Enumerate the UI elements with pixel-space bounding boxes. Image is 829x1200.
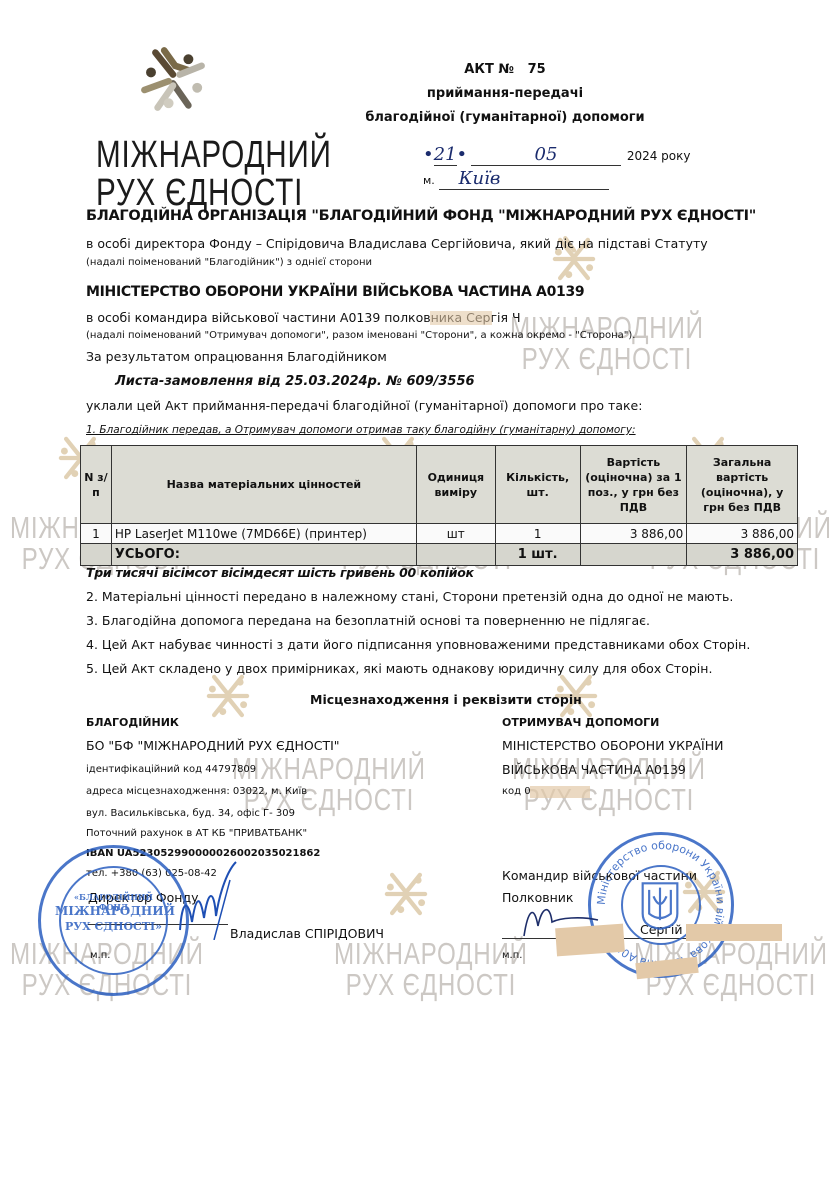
goods-table: N з/п Назва матеріальних цінностей Одини…	[80, 445, 798, 566]
watermark-logo-icon	[202, 670, 254, 722]
clause-3: 3. Благодійна допомога передана на безоп…	[86, 613, 650, 628]
clause-2: 2. Матеріальні цінності передано в належ…	[86, 589, 733, 604]
donor-alias: (надалі поіменований "Благодійник") з од…	[86, 257, 372, 268]
donor-bank: Поточний рахунок в АТ КБ "ПРИВАТБАНК"	[86, 828, 307, 839]
redaction-mark	[530, 786, 590, 798]
donor-id-code: ідентифікаційний код 44797809	[86, 764, 256, 775]
act-label: АКТ №	[464, 62, 514, 77]
cell-number: 1	[81, 524, 112, 544]
clause-4: 4. Цей Акт набуває чинності з дати його …	[86, 637, 750, 652]
cell-unit-price: 3 886,00	[580, 524, 687, 544]
table-header-row: N з/п Назва матеріальних цінностей Одини…	[81, 446, 798, 524]
recipient-stamp: Міністерство оборони України військова ч…	[588, 832, 734, 978]
total-sum: 3 886,00	[687, 544, 798, 566]
act-date: •21• 05 2024 року м. Київ	[423, 144, 690, 190]
date-month: 05	[471, 144, 621, 166]
donor-address-2: вул. Васильківська, буд. 34, офіс Г- 309	[86, 808, 295, 819]
stamp-ring-text: Міністерство оборони України військова ч…	[591, 835, 731, 975]
act-subtitle-2: благодійної (гуманітарної) допомоги	[330, 106, 680, 130]
redaction-mark	[430, 311, 492, 325]
col-header-name: Назва матеріальних цінностей	[111, 446, 416, 524]
recipient-name: МІНІСТЕРСТВО ОБОРОНИ УКРАЇНИ ВІЙСЬКОВА Ч…	[86, 284, 584, 300]
recipient-code: код 0	[502, 786, 531, 797]
act-number-line: АКТ № 75	[330, 58, 680, 82]
donor-signer: Владислав СПІРІДОВИЧ	[230, 926, 384, 941]
donor-representative: в особі директора Фонду – Спірідовича Вл…	[86, 236, 708, 251]
recipient-org-name-2: ВІЙСЬКОВА ЧАСТИНА А0139	[502, 762, 686, 777]
donor-signature	[170, 860, 240, 940]
watermark: МІЖНАРОДНИЙРУХ ЄДНОСТІ	[232, 753, 426, 815]
date-day: •21•	[423, 144, 467, 165]
recipient-org-name-1: МІНІСТЕРСТВО ОБОРОНИ УКРАЇНИ	[502, 738, 723, 753]
donor-heading: БЛАГОДІЙНИК	[86, 716, 179, 729]
col-header-unit-price: Вартість (оціночна) за 1 поз., у грн без…	[580, 446, 687, 524]
cell-item-name: HP LaserJet M110we (7MD66E) (принтер)	[111, 524, 416, 544]
donor-org-name: БО "БФ "МІЖНАРОДНИЙ РУХ ЄДНОСТІ"	[86, 738, 340, 753]
amount-in-words: Три тисячі вісімсот вісімдесят шість гри…	[86, 565, 474, 580]
col-header-total-price: Загальна вартість (оціночна), у грн без …	[687, 446, 798, 524]
watermark: МІЖНАРОДНИЙРУХ ЄДНОСТІ	[334, 938, 528, 1000]
col-header-unit: Одиниця виміру	[416, 446, 495, 524]
recipient-seal-mark: м.п.	[502, 950, 522, 961]
watermark-logo-icon	[380, 868, 432, 920]
watermark: МІЖНАРОДНИЙРУХ ЄДНОСТІ	[510, 312, 704, 374]
cell-quantity: 1	[495, 524, 580, 544]
clause-1: 1. Благодійник передав, а Отримувач допо…	[86, 424, 636, 436]
total-quantity: 1 шт.	[495, 544, 580, 566]
donor-name: БЛАГОДІЙНА ОРГАНІЗАЦІЯ "БЛАГОДІЙНИЙ ФОНД…	[86, 208, 756, 224]
document-title: АКТ № 75 приймання-передачі благодійної …	[330, 58, 680, 130]
col-header-quantity: Кількість, шт.	[495, 446, 580, 524]
city-prefix: м.	[423, 174, 435, 187]
basis-intro: За результатом опрацювання Благодійником	[86, 349, 387, 364]
donor-stamp: «БЛАГОДІЙНИЙ ФОНД МІЖНАРОДНИЙ РУХ ЄДНОСТ…	[38, 845, 189, 996]
act-number: 75	[528, 62, 546, 77]
basis-document: Листа-замовлення від 25.03.2024р. № 609/…	[115, 374, 475, 389]
recipient-heading: ОТРИМУВАЧ ДОПОМОГИ	[502, 716, 659, 729]
col-header-number: N з/п	[81, 446, 112, 524]
requisites-title: Місцезнаходження і реквізити сторін	[310, 692, 582, 707]
donor-address-1: адреса місцезнаходження: 03022, м. Київ	[86, 786, 307, 797]
city: Київ	[439, 168, 609, 190]
cell-unit: шт	[416, 524, 495, 544]
table-row: 1 HP LaserJet M110we (7MD66E) (принтер) …	[81, 524, 798, 544]
cell-total-price: 3 886,00	[687, 524, 798, 544]
logo-icon	[140, 46, 206, 112]
act-subtitle: приймання-передачі	[330, 82, 680, 106]
brand-name: МІЖНАРОДНИЙ РУХ ЄДНОСТІ	[96, 136, 332, 212]
clause-5: 5. Цей Акт складено у двох примірниках, …	[86, 661, 712, 676]
date-year: 2024 року	[627, 149, 691, 163]
recipient-alias: (надалі поіменований "Отримувач допомоги…	[86, 330, 635, 341]
agreement-statement: уклали цей Акт приймання-передачі благод…	[86, 398, 642, 413]
total-label: УСЬОГО:	[111, 544, 416, 566]
redaction-mark	[686, 924, 782, 941]
redaction-mark	[555, 924, 625, 957]
table-total-row: УСЬОГО: 1 шт. 3 886,00	[81, 544, 798, 566]
